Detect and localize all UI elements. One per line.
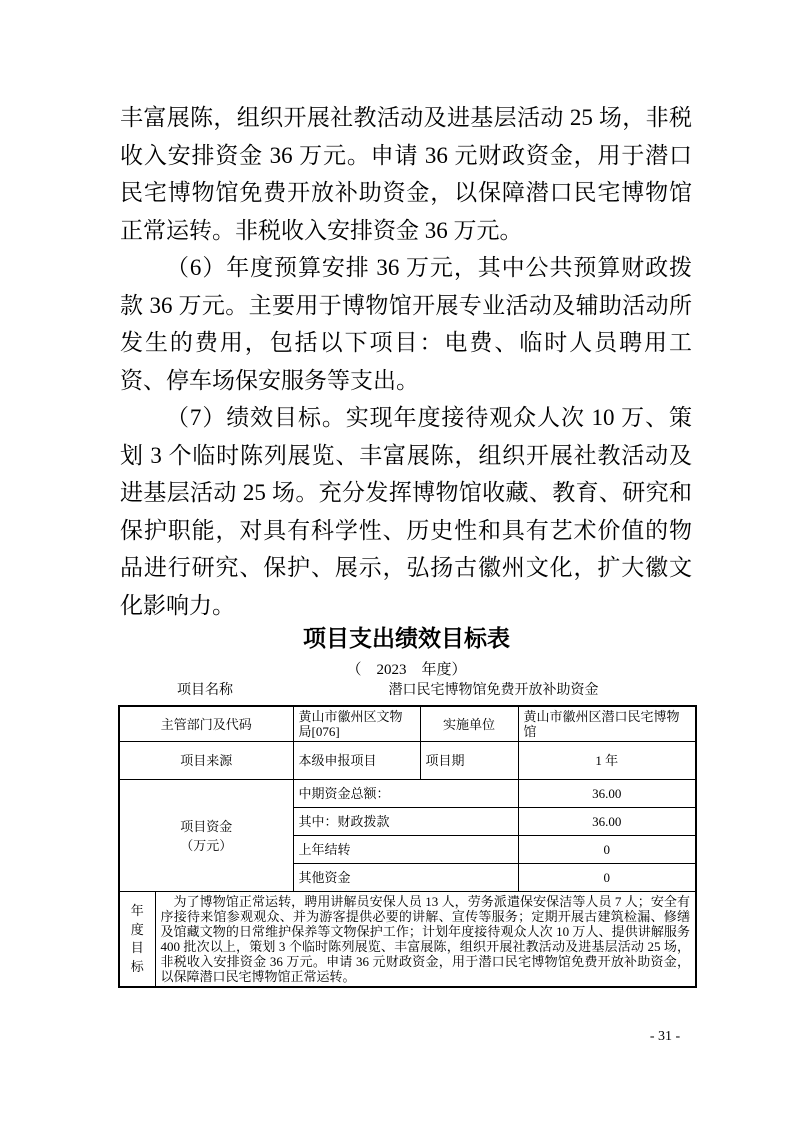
project-funds-label: 项目资金 （万元） <box>119 780 293 892</box>
project-name-value: 潜口民宅博物馆免费开放补助资金 <box>292 682 695 700</box>
annual-goal-text: 为了博物馆正常运转，聘用讲解员安保人员 13 人，劳务派遣保安保洁等人员 7 人… <box>155 892 696 988</box>
table-subtitle-year: （ 2023 年度） <box>118 661 695 679</box>
table-row: 项目资金 （万元） 中期资金总额： 36.00 <box>119 780 696 808</box>
annual-goal-label-cell: 年度目标 <box>119 892 155 988</box>
project-name-row: 项目名称 潜口民宅博物馆免费开放补助资金 <box>118 682 695 700</box>
fiscal-allocation-value: 36.00 <box>518 808 696 836</box>
project-period-value: 1 年 <box>518 742 696 780</box>
project-name-label: 项目名称 <box>118 682 292 700</box>
midterm-total-value: 36.00 <box>518 780 696 808</box>
document-page: 丰富展陈，组织开展社教活动及进基层活动 25 场，非税收入安排资金 36 万元。… <box>0 0 793 1122</box>
project-source-label: 项目来源 <box>119 742 293 780</box>
page-number: - 31 - <box>630 1029 700 1045</box>
performance-target-table: 主管部门及代码 黄山市徽州区文物局[076] 实施单位 黄山市徽州区潜口民宅博物… <box>118 705 697 988</box>
annual-goal-label: 年度目标 <box>130 902 144 976</box>
table-title: 项目支出绩效目标表 <box>118 623 695 653</box>
carryover-label: 上年结转 <box>293 836 518 864</box>
dept-code-label: 主管部门及代码 <box>119 706 293 742</box>
fiscal-allocation-label: 其中：财政拨款 <box>293 808 518 836</box>
table-row: 年度目标 为了博物馆正常运转，聘用讲解员安保人员 13 人，劳务派遣保安保洁等人… <box>119 892 696 988</box>
project-period-label: 项目期 <box>420 742 518 780</box>
implement-unit-value: 黄山市徽州区潜口民宅博物馆 <box>518 706 696 742</box>
implement-unit-label: 实施单位 <box>420 706 518 742</box>
other-funds-value: 0 <box>518 864 696 892</box>
other-funds-label: 其他资金 <box>293 864 518 892</box>
paragraph-2: （6）年度预算安排 36 万元，其中公共预算财政拨款 36 万元。主要用于博物馆… <box>120 249 692 399</box>
midterm-total-label: 中期资金总额： <box>293 780 518 808</box>
project-funds-label-line2: （万元） <box>125 836 288 855</box>
paragraph-3: （7）绩效目标。实现年度接待观众人次 10 万、策划 3 个临时陈列展览、丰富展… <box>120 399 692 624</box>
carryover-value: 0 <box>518 836 696 864</box>
project-source-value: 本级申报项目 <box>293 742 420 780</box>
body-text-block: 丰富展陈，组织开展社教活动及进基层活动 25 场，非税收入安排资金 36 万元。… <box>120 99 692 624</box>
dept-code-value: 黄山市徽州区文物局[076] <box>293 706 420 742</box>
table-row: 项目来源 本级申报项目 项目期 1 年 <box>119 742 696 780</box>
table-row: 主管部门及代码 黄山市徽州区文物局[076] 实施单位 黄山市徽州区潜口民宅博物… <box>119 706 696 742</box>
project-funds-label-line1: 项目资金 <box>125 817 288 836</box>
paragraph-1: 丰富展陈，组织开展社教活动及进基层活动 25 场，非税收入安排资金 36 万元。… <box>120 99 692 249</box>
